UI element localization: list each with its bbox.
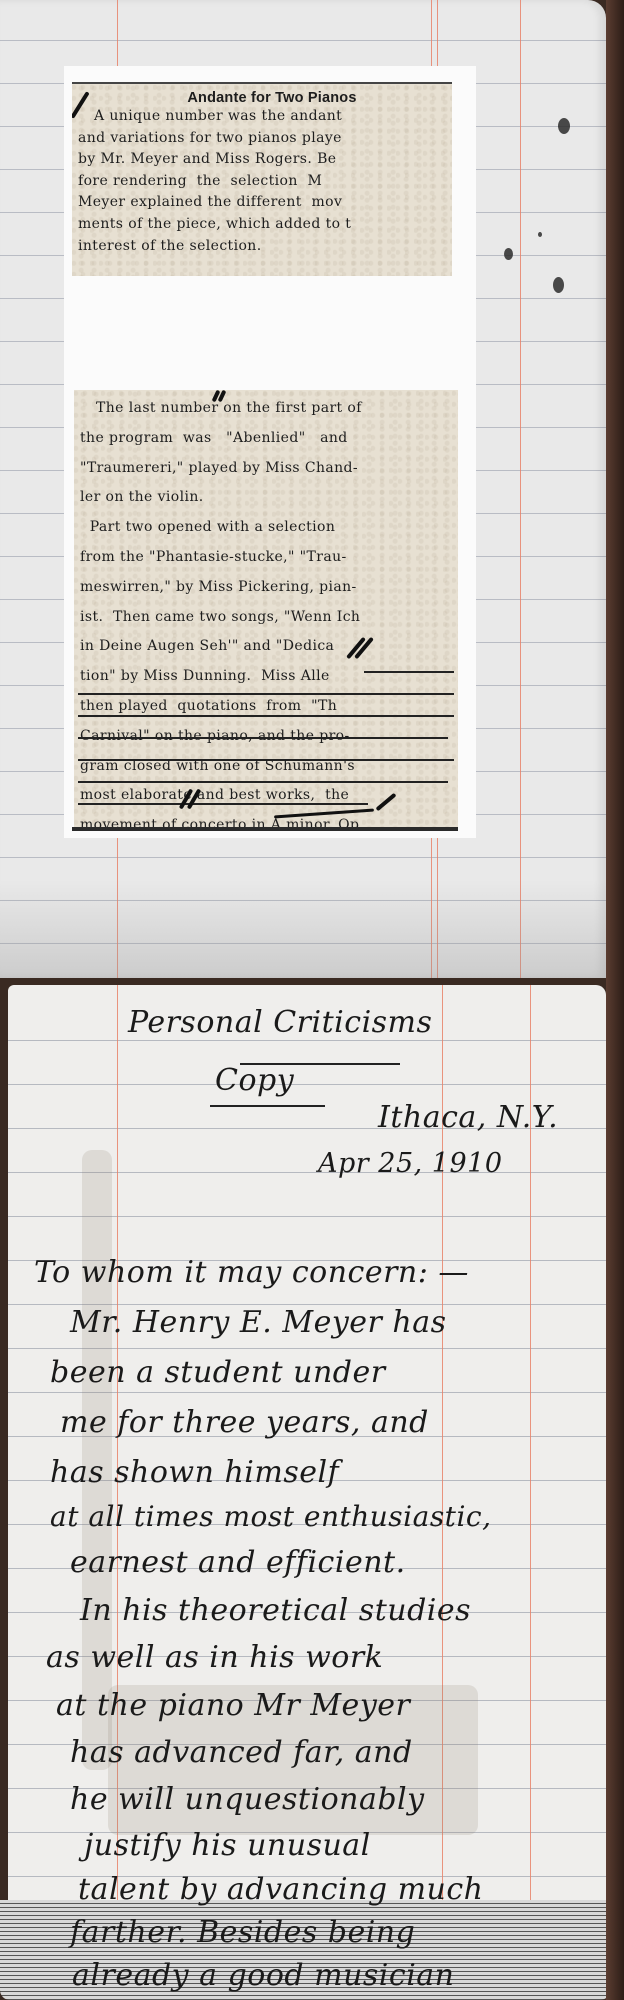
letter-line: To whom it may concern: — [34,1255,469,1290]
letter-place: Ithaca, N.Y. [378,1100,558,1135]
clipping-line: A unique number was the andant [78,106,452,128]
ink-underline [78,803,368,805]
letter-subheading: Copy [215,1063,294,1098]
clipping-line: "Traumereri," played by Miss Chand- [80,458,458,480]
letter-line: he will unquestionably [70,1782,425,1817]
ink-underline [78,781,448,783]
clipping-line: The last number on the first part of [80,398,458,420]
clipping-line: Meyer explained the different mov [78,192,452,214]
clipping-line: interest of the selection. [78,236,452,258]
clipping-line: from the "Phantasie-stucke," "Trau- [80,547,458,569]
letter-line: Mr. Henry E. Meyer has [70,1305,447,1340]
clipping-line: by Mr. Meyer and Miss Rogers. Be [78,149,452,171]
ink-spot [553,277,564,293]
ink-spot [538,232,542,237]
letter-line: justify his unusual [84,1828,371,1863]
newspaper-clipping-1: Andante for Two Pianos A unique number w… [72,82,452,276]
clipping-headline: Andante for Two Pianos [92,90,452,106]
ink-spot [504,248,513,260]
letter-line: has advanced far, and [70,1735,413,1770]
ink-underline [364,671,454,673]
clipping-line: fore rendering the selection M [78,171,452,193]
ink-spot [558,118,570,134]
page-curl-shadow [0,880,606,978]
letter-line: In his theoretical studies [80,1593,471,1628]
letter-line: has shown himself [50,1455,339,1490]
letter-line: me for three years, and [60,1405,429,1440]
ink-underline [78,715,454,717]
clipping-line: Part two opened with a selection [80,517,458,539]
ink-underline [78,737,448,739]
letter-line: farther. Besides being [70,1915,415,1950]
letter-line: been a student under [50,1355,386,1390]
letter-heading: Personal Criticisms [128,1005,432,1040]
clipping-line: ler on the violin. [80,487,458,509]
letter-date: Apr 25, 1910 [318,1148,503,1179]
clipping-line: ments of the piece, which added to t [78,214,452,236]
clipping-bottom-border [72,827,458,831]
newspaper-clipping-2: The last number on the first part of the… [74,390,458,828]
letter-line: at all times most enthusiastic, [50,1500,491,1533]
letter-line: earnest and efficient. [70,1545,406,1580]
margin-line [520,0,521,978]
clipping-line: ist. Then came two songs, "Wenn Ich [80,607,458,629]
clipping-line: meswirren," by Miss Pickering, pian- [80,577,458,599]
letter-line: as well as in his work [46,1640,383,1675]
ink-underline [78,759,454,761]
letter-line: already a good musician [72,1958,455,1993]
ink-underline [78,693,454,695]
clipping-line: tion" by Miss Dunning. Miss Alle [80,666,458,688]
notebook-binding-edge [606,0,624,2000]
letter-line: at the piano Mr Meyer [56,1688,410,1723]
clipping-line: the program was "Abenlied" and [80,428,458,450]
letter-line: talent by advancing much [78,1872,484,1907]
subheading-underline [210,1105,325,1107]
clipping-line: in Deine Augen Seh'" and "Dedica [80,636,458,658]
clipping-line: and variations for two pianos playe [78,128,452,150]
